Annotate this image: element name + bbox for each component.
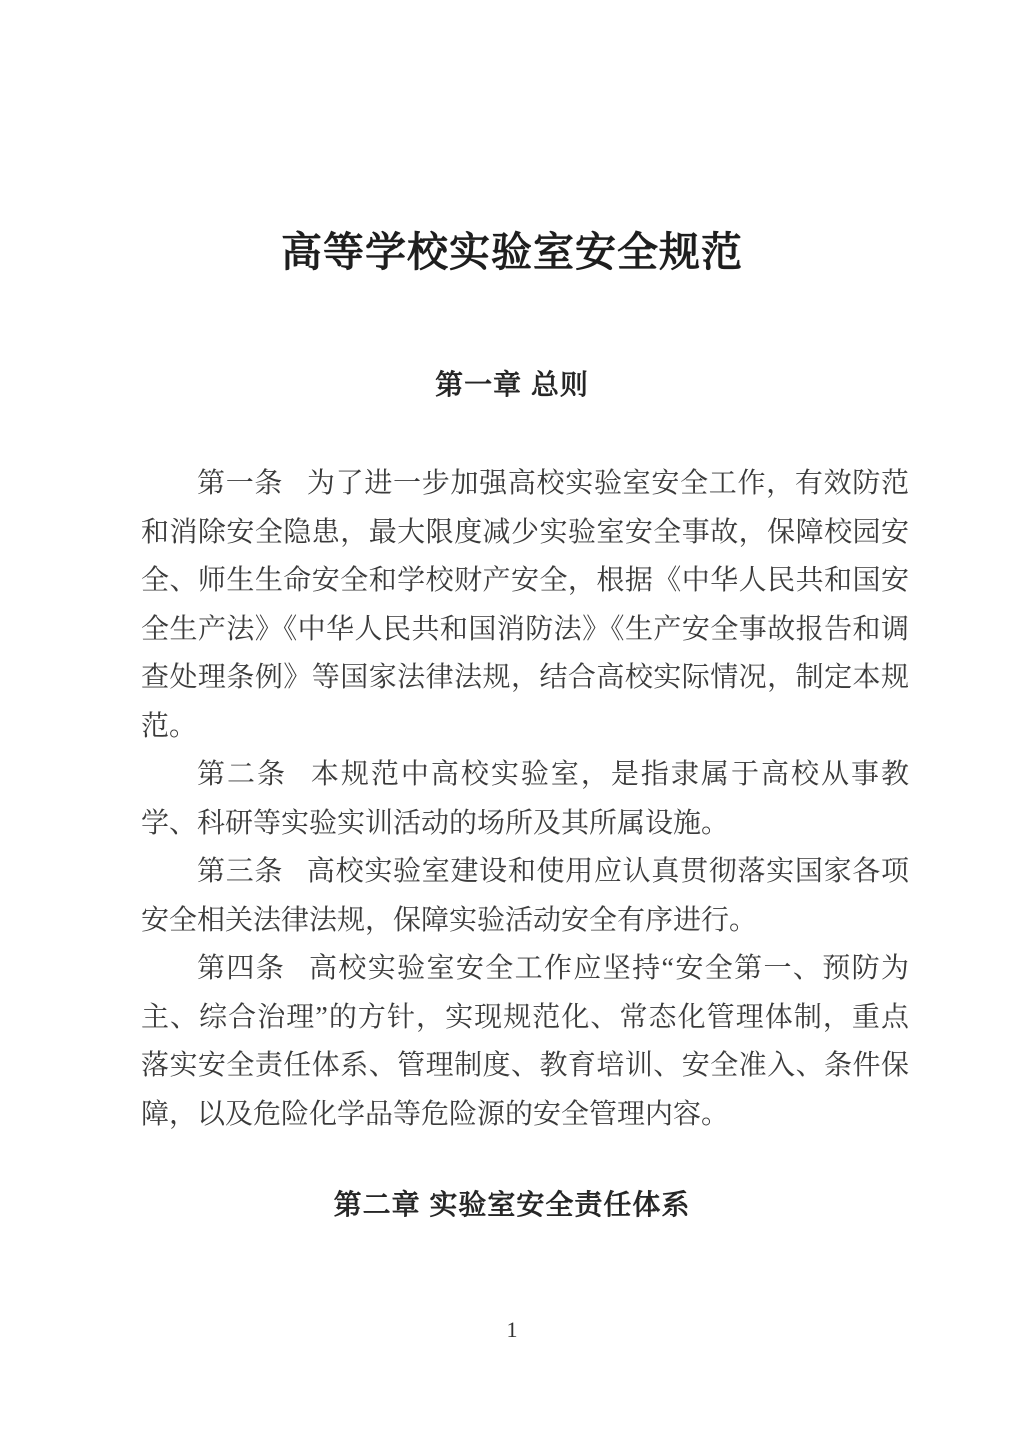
- document-page: 高等学校实验室安全规范 第一章 总则 第一条为了进一步加强高校实验室安全工作，有…: [0, 0, 1024, 1448]
- chapter-2-heading: 第二章 实验室安全责任体系: [0, 1188, 1024, 1222]
- article-paragraph-3: 第三条高校实验室建设和使用应认真贯彻落实国家各项安全相关法律法规，保障实验活动安…: [141, 848, 909, 945]
- article-4-label: 第四条: [197, 953, 285, 984]
- article-3-label: 第三条: [197, 856, 283, 887]
- article-2-label: 第二条: [197, 759, 287, 790]
- article-paragraph-4: 第四条高校实验室安全工作应坚持“安全第一、预防为主、综合治理”的方针，实现规范化…: [141, 945, 909, 1139]
- article-paragraph-2: 第二条本规范中高校实验室，是指隶属于高校从事教学、科研等实验实训活动的场所及其所…: [141, 751, 909, 848]
- document-title: 高等学校实验室安全规范: [0, 227, 1024, 277]
- article-1-text: 为了进一步加强高校实验室安全工作，有效防范和消除安全隐患，最大限度减少实验室安全…: [141, 468, 909, 742]
- article-1-label: 第一条: [197, 468, 283, 499]
- document-body: 第一条为了进一步加强高校实验室安全工作，有效防范和消除安全隐患，最大限度减少实验…: [141, 460, 909, 1139]
- chapter-1-heading: 第一章 总则: [0, 368, 1024, 402]
- page-number: 1: [0, 1316, 1024, 1344]
- article-paragraph-1: 第一条为了进一步加强高校实验室安全工作，有效防范和消除安全隐患，最大限度减少实验…: [141, 460, 909, 751]
